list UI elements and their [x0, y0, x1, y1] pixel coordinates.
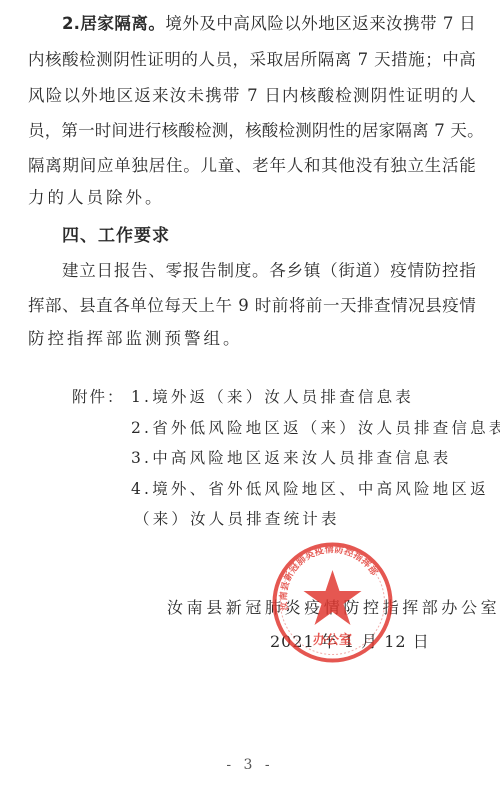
page-number: - 3 - — [0, 757, 500, 773]
signature-org: 汝南县新冠肺炎疫情防控指挥部办公室 — [167, 598, 500, 618]
section4-line-1: 建立日报告、零报告制度。各乡镇（街道）疫情防控指 — [62, 261, 476, 281]
section2-line-1: 2.居家隔离。境外及中高风险以外地区返来汝携带 7 日 — [62, 14, 476, 34]
attachment-item-4-cont: （来）汝人员排查统计表 — [134, 509, 340, 529]
section2-line-5: 隔离期间应单独居住。儿童、老年人和其他没有独立生活能 — [28, 156, 476, 176]
signature-date: 2021 年 1 月 12 日 — [270, 632, 430, 652]
attachment-item-1: 1.境外返（来）汝人员排查信息表 — [131, 387, 414, 407]
attachment-item-3: 3.中高风险地区返来汝人员排查信息表 — [131, 448, 451, 468]
section2-lead: 2.居家隔离。 — [62, 14, 165, 33]
attachments-label: 附件： — [72, 387, 125, 407]
section2-line-1-text: 境外及中高风险以外地区返来汝携带 7 日 — [165, 14, 476, 33]
section4-heading: 四、工作要求 — [62, 226, 170, 246]
section4-line-2: 挥部、县直各单位每天上午 9 时前将前一天排查情况县疫情 — [28, 296, 476, 316]
attachment-item-2: 2.省外低风险地区返（来）汝人员排查信息表 — [131, 418, 500, 438]
section2-line-6: 力的人员除外。 — [28, 188, 476, 208]
section2-line-2: 内核酸检测阴性证明的人员，采取居所隔离 7 天措施；中高 — [28, 50, 476, 70]
attachment-item-4: 4.境外、省外低风险地区、中高风险地区返 — [131, 479, 489, 499]
section4-line-3: 防控指挥部监测预警组。 — [28, 329, 476, 349]
section2-line-4: 员，第一时间进行核酸检测，核酸检测阴性的居家隔离 7 天。 — [28, 121, 476, 141]
section2-line-3: 风险以外地区返来汝未携带 7 日内核酸检测阴性证明的人 — [28, 86, 476, 106]
